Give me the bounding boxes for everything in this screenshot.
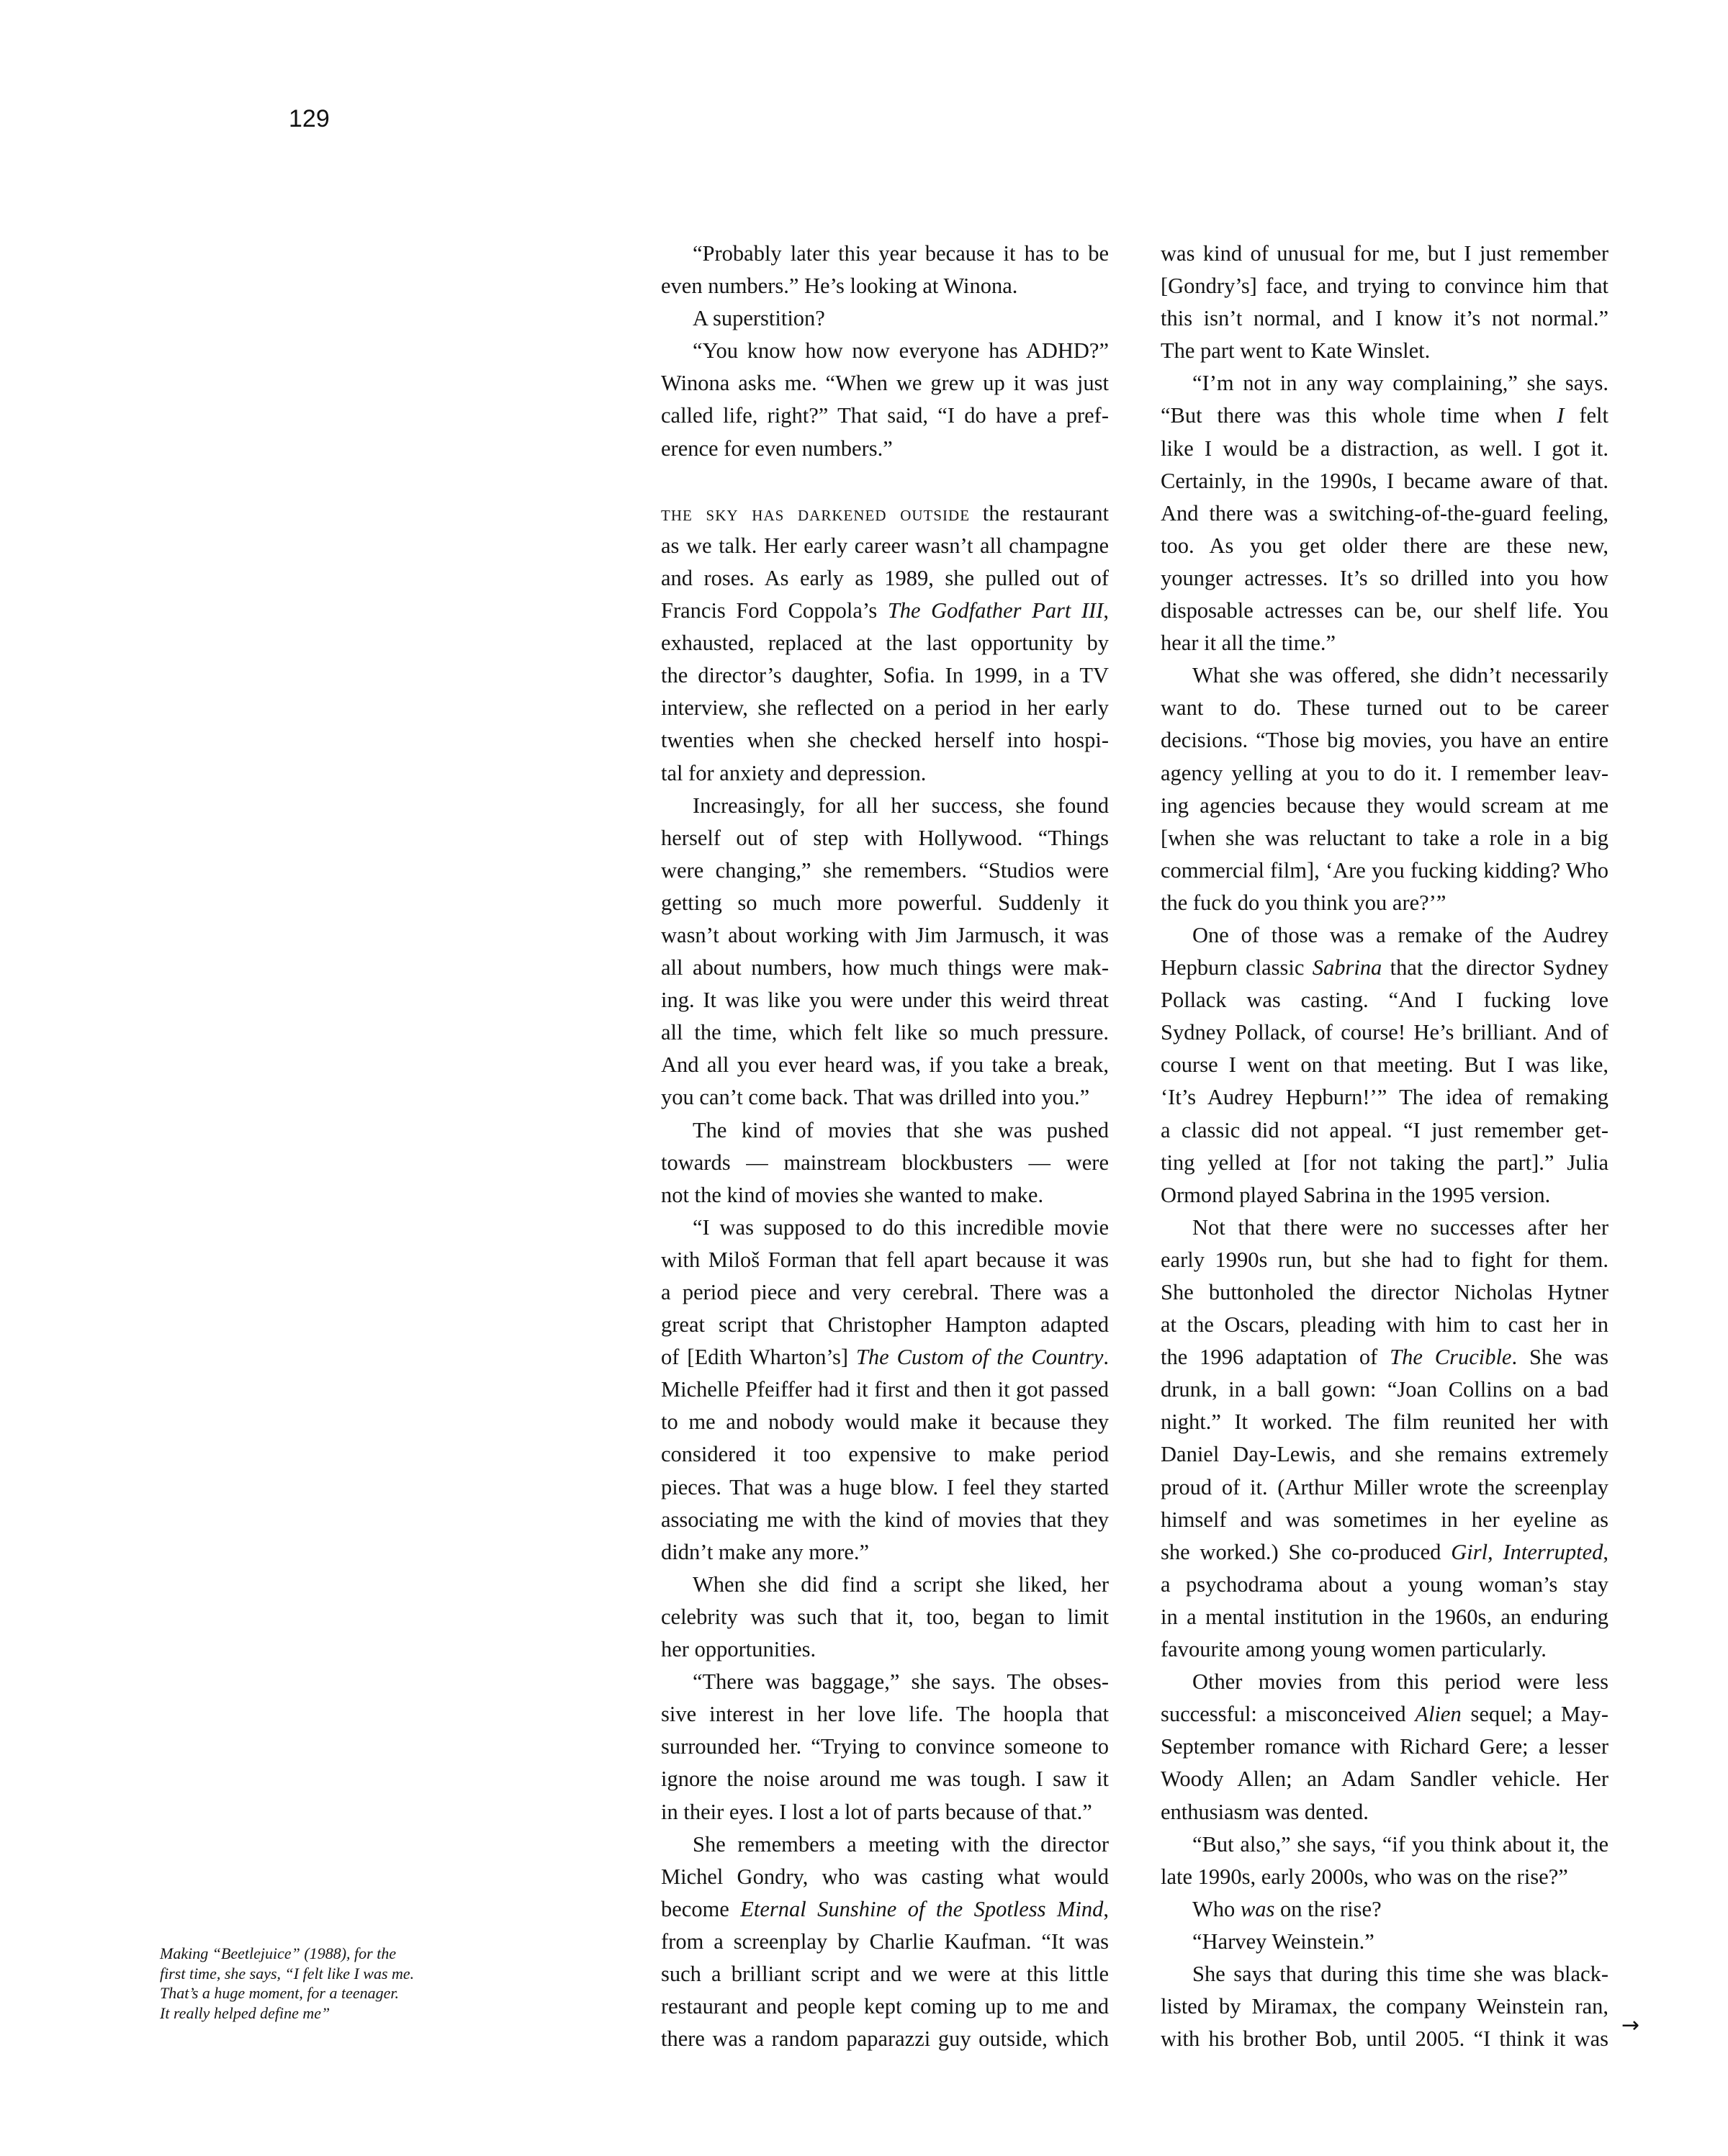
- text-line: all about numbers, how much things were …: [661, 952, 1109, 984]
- text-line: there was a random paparazzi guy outside…: [661, 2023, 1109, 2055]
- italic-title: Alien: [1415, 1702, 1461, 1726]
- caption-line: first time, she says, “I felt like I was…: [160, 1964, 477, 1984]
- text-line: “I was supposed to do this incredible mo…: [661, 1212, 1109, 1244]
- text-line: considered it too expensive to make peri…: [661, 1438, 1109, 1471]
- text-line: younger actresses. It’s so drilled into …: [1161, 562, 1608, 595]
- page-number: 129: [289, 105, 330, 133]
- text-line: agency yelling at you to do it. I rememb…: [1161, 757, 1608, 790]
- text-line: interview, she reflected on a period in …: [661, 692, 1109, 724]
- text-line: Ormond played Sabrina in the 1995 versio…: [1161, 1179, 1608, 1212]
- italic-title: Girl, Interrupted: [1451, 1540, 1603, 1564]
- text-line: When she did find a script she liked, he…: [661, 1569, 1109, 1601]
- text-line: Increasingly, for all her success, she f…: [661, 790, 1109, 822]
- text-line: Sydney Pollack, of course! He’s brillian…: [1161, 1016, 1608, 1049]
- text-line: at the Oscars, pleading with him to cast…: [1161, 1309, 1608, 1341]
- text-line: night.” It worked. The film reunited her…: [1161, 1406, 1608, 1438]
- text-line: And there was a switching-of-the-guard f…: [1161, 497, 1608, 530]
- text-line: you can’t come back. That was drilled in…: [661, 1081, 1109, 1114]
- text-line: like I would be a distraction, as well. …: [1161, 433, 1608, 465]
- text-line: with Miloš Forman that fell apart becaus…: [661, 1244, 1109, 1276]
- text-line: towards — mainstream blockbusters — were: [661, 1147, 1109, 1179]
- text-line: hear it all the time.”: [1161, 627, 1608, 659]
- caption-line: It really helped define me”: [160, 2003, 477, 2024]
- text-line: and roses. As early as 1989, she pulled …: [661, 562, 1109, 595]
- text-line: Other movies from this period were less: [1161, 1666, 1608, 1698]
- text-line: Michelle Pfeiffer had it first and then …: [661, 1374, 1109, 1406]
- text-line: Daniel Day-Lewis, and she remains extrem…: [1161, 1438, 1608, 1471]
- text-line: “You know how now everyone has ADHD?”: [661, 335, 1109, 367]
- caption-line: Making “Beetlejuice” (1988), for the: [160, 1944, 477, 1964]
- text-line: himself and was sometimes in her eyeline…: [1161, 1504, 1608, 1536]
- text-line: Michel Gondry, who was casting what woul…: [661, 1861, 1109, 1893]
- text-line: tal for anxiety and depression.: [661, 757, 1109, 790]
- text-line: the 1996 adaptation of The Crucible. She…: [1161, 1341, 1608, 1374]
- italic-title: was: [1241, 1897, 1274, 1921]
- text-line: she worked.) She co-produced Girl, Inter…: [1161, 1536, 1608, 1569]
- text-line: were changing,” she remembers. “Studios …: [661, 854, 1109, 887]
- text-line: Not that there were no successes after h…: [1161, 1212, 1608, 1244]
- text-line: of [Edith Wharton’s] The Custom of the C…: [661, 1341, 1109, 1374]
- text-line: The sky has darkened outside the restaur…: [661, 497, 1109, 530]
- text-line: “There was baggage,” she says. The obses…: [661, 1666, 1109, 1698]
- text-line: ing agencies because they would scream a…: [1161, 790, 1608, 822]
- text-line: enthusiasm was dented.: [1161, 1796, 1608, 1828]
- text-line: erence for even numbers.”: [661, 433, 1109, 465]
- text-line: “But also,” she says, “if you think abou…: [1161, 1828, 1608, 1861]
- text-line: A superstition?: [661, 302, 1109, 335]
- text-line: One of those was a remake of the Audrey: [1161, 919, 1608, 952]
- text-line: the director’s daughter, Sofia. In 1999,…: [661, 659, 1109, 692]
- text-line: to me and nobody would make it because t…: [661, 1406, 1109, 1438]
- text-line: And all you ever heard was, if you take …: [661, 1049, 1109, 1081]
- text-line: this isn’t normal, and I know it’s not n…: [1161, 302, 1608, 335]
- text-line: her opportunities.: [661, 1633, 1109, 1666]
- text-line: a psychodrama about a young woman’s stay: [1161, 1569, 1608, 1601]
- text-line: course I went on that meeting. But I was…: [1161, 1049, 1608, 1081]
- article-column-left: “Probably later this year because it has…: [661, 238, 1109, 2055]
- text-line: the fuck do you think you are?’”: [1161, 887, 1608, 919]
- text-line: surrounded her. “Trying to convince some…: [661, 1731, 1109, 1763]
- text-line: ignore the noise around me was tough. I …: [661, 1763, 1109, 1795]
- text-line: [when she was reluctant to take a role i…: [1161, 822, 1608, 854]
- photo-caption: Making “Beetlejuice” (1988), for the fir…: [160, 1944, 477, 2023]
- text-line: in a mental institution in the 1960s, an…: [1161, 1601, 1608, 1633]
- text-line: [661, 465, 1109, 497]
- italic-title: The Custom of the Country: [856, 1345, 1103, 1369]
- text-line: Hepburn classic Sabrina that the directo…: [1161, 952, 1608, 984]
- text-line: celebrity was such that it, too, began t…: [661, 1601, 1109, 1633]
- section-lead-in: The sky has darkened outside: [661, 501, 970, 526]
- text-line: early 1990s run, but she had to fight fo…: [1161, 1244, 1608, 1276]
- text-line: even numbers.” He’s looking at Winona.: [661, 270, 1109, 302]
- text-line: “But there was this whole time when I fe…: [1161, 400, 1608, 432]
- text-line: Winona asks me. “When we grew up it was …: [661, 367, 1109, 400]
- text-line: favourite among young women particularly…: [1161, 1633, 1608, 1666]
- text-line: Who was on the rise?: [1161, 1893, 1608, 1926]
- text-line: want to do. These turned out to be caree…: [1161, 692, 1608, 724]
- text-line: sive interest in her love life. The hoop…: [661, 1698, 1109, 1731]
- text-line: all the time, which felt like so much pr…: [661, 1016, 1109, 1049]
- text-line: too. As you get older there are these ne…: [1161, 530, 1608, 562]
- text-line: decisions. “Those big movies, you have a…: [1161, 724, 1608, 757]
- text-line: exhausted, replaced at the last opportun…: [661, 627, 1109, 659]
- text-line: “I’m not in any way complaining,” she sa…: [1161, 367, 1608, 400]
- italic-title: The Godfather Part III: [888, 598, 1104, 623]
- text-line: with his brother Bob, until 2005. “I thi…: [1161, 2023, 1608, 2055]
- text-line: The kind of movies that she was pushed: [661, 1114, 1109, 1147]
- italic-title: Eternal Sunshine of the Spotless Mind: [740, 1897, 1103, 1921]
- text-line: as we talk. Her early career wasn’t all …: [661, 530, 1109, 562]
- caption-line: That’s a huge moment, for a teenager.: [160, 1983, 477, 2003]
- text-line: late 1990s, early 2000s, who was on the …: [1161, 1861, 1608, 1893]
- text-line: The part went to Kate Winslet.: [1161, 335, 1608, 367]
- text-line: ‘It’s Audrey Hepburn!’” The idea of rema…: [1161, 1081, 1608, 1114]
- italic-title: Sabrina: [1313, 955, 1382, 980]
- text-line: wasn’t about working with Jim Jarmusch, …: [661, 919, 1109, 952]
- text-line: great script that Christopher Hampton ad…: [661, 1309, 1109, 1341]
- right-arrow-icon: →: [1621, 2013, 1639, 2038]
- text-line: pieces. That was a huge blow. I feel the…: [661, 1471, 1109, 1504]
- text-line: getting so much more powerful. Suddenly …: [661, 887, 1109, 919]
- text-line: Pollack was casting. “And I fucking love: [1161, 984, 1608, 1016]
- text-line: What she was offered, she didn’t necessa…: [1161, 659, 1608, 692]
- text-line: didn’t make any more.”: [661, 1536, 1109, 1569]
- text-line: such a brilliant script and we were at t…: [661, 1958, 1109, 1990]
- text-line: from a screenplay by Charlie Kaufman. “I…: [661, 1926, 1109, 1958]
- text-line: successful: a misconceived Alien sequel;…: [1161, 1698, 1608, 1731]
- text-line: not the kind of movies she wanted to mak…: [661, 1179, 1109, 1212]
- text-line: restaurant and people kept coming up to …: [661, 1990, 1109, 2023]
- article-column-right: was kind of unusual for me, but I just r…: [1161, 238, 1608, 2055]
- text-line: Certainly, in the 1990s, I became aware …: [1161, 465, 1608, 497]
- text-line: proud of it. (Arthur Miller wrote the sc…: [1161, 1471, 1608, 1504]
- text-line: herself out of step with Hollywood. “Thi…: [661, 822, 1109, 854]
- text-line: listed by Miramax, the company Weinstein…: [1161, 1990, 1608, 2023]
- text-line: disposable actresses can be, our shelf l…: [1161, 595, 1608, 627]
- text-line: twenties when she checked herself into h…: [661, 724, 1109, 757]
- italic-title: I: [1557, 403, 1564, 428]
- text-line: [Gondry’s] face, and trying to convince …: [1161, 270, 1608, 302]
- text-line: “Probably later this year because it has…: [661, 238, 1109, 270]
- text-line: “Harvey Weinstein.”: [1161, 1926, 1608, 1958]
- text-line: She remembers a meeting with the directo…: [661, 1828, 1109, 1861]
- text-line: ting yelled at [for not taking the part]…: [1161, 1147, 1608, 1179]
- text-line: September romance with Richard Gere; a l…: [1161, 1731, 1608, 1763]
- italic-title: The Crucible: [1390, 1345, 1511, 1369]
- text-line: She buttonholed the director Nicholas Hy…: [1161, 1276, 1608, 1309]
- text-line: was kind of unusual for me, but I just r…: [1161, 238, 1608, 270]
- text-line: associating me with the kind of movies t…: [661, 1504, 1109, 1536]
- text-line: ing. It was like you were under this wei…: [661, 984, 1109, 1016]
- text-line: drunk, in a ball gown: “Joan Collins on …: [1161, 1374, 1608, 1406]
- text-line: in their eyes. I lost a lot of parts bec…: [661, 1796, 1109, 1828]
- text-line: a period piece and very cerebral. There …: [661, 1276, 1109, 1309]
- text-line: become Eternal Sunshine of the Spotless …: [661, 1893, 1109, 1926]
- text-line: Woody Allen; an Adam Sandler vehicle. He…: [1161, 1763, 1608, 1795]
- text-line: a classic did not appeal. “I just rememb…: [1161, 1114, 1608, 1147]
- text-line: commercial film], ‘Are you fucking kiddi…: [1161, 854, 1608, 887]
- text-line: She says that during this time she was b…: [1161, 1958, 1608, 1990]
- text-line: Francis Ford Coppola’s The Godfather Par…: [661, 595, 1109, 627]
- text-line: called life, right?” That said, “I do ha…: [661, 400, 1109, 432]
